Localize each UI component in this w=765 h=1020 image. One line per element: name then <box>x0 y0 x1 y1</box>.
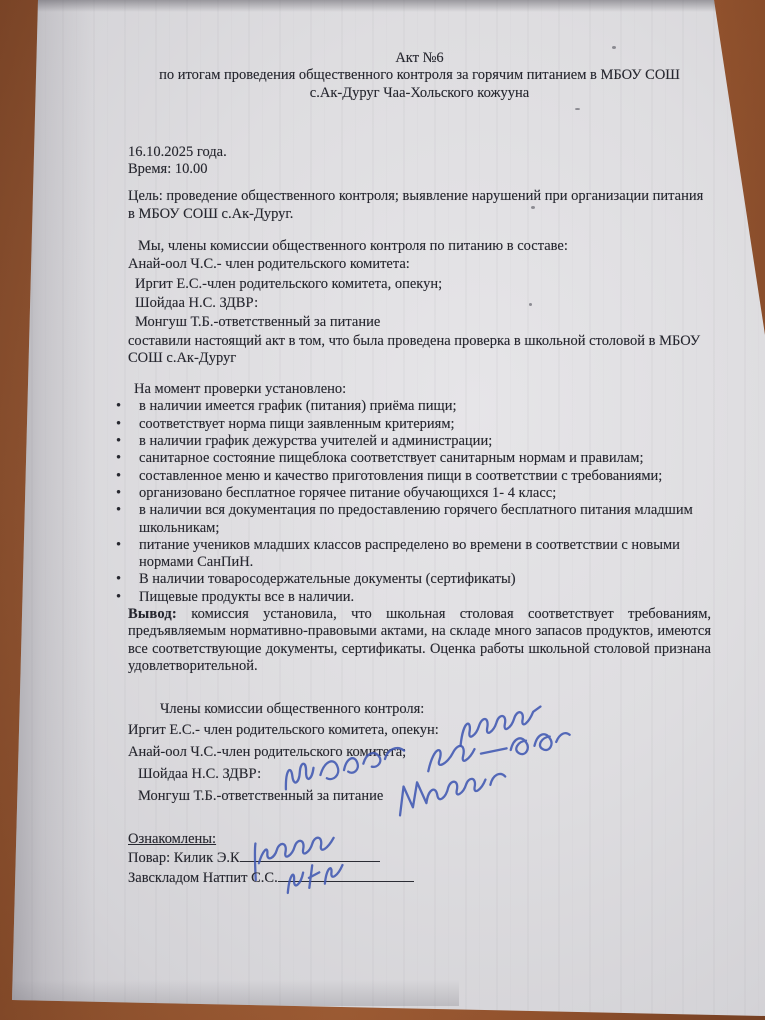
bullet-dot: • <box>114 416 139 433</box>
acknowledged-heading: Ознакомлены: <box>128 831 711 848</box>
signature-line <box>278 881 414 882</box>
finding-item: • В наличии товаросодержательные докумен… <box>114 571 711 588</box>
purpose-paragraph: Цель: проведение общественного контроля;… <box>128 188 711 223</box>
signature-row: Иргит Е.С.- член родительского комитета,… <box>128 719 711 741</box>
findings-heading: На момент проверки установлено: <box>128 381 711 398</box>
finding-text: санитарное состояние пищеблока соответст… <box>139 450 711 467</box>
signatory-label: Шойдаа Н.С. ЗДВР: <box>138 766 261 782</box>
signatory-label: Иргит Е.С.- член родительского комитета,… <box>128 722 439 738</box>
signatory-label: Монгуш Т.Б.-ответственный за питание <box>138 788 383 804</box>
acknowledged-row: Повар: Килик Э.К <box>128 848 711 869</box>
member-line: Шойдаа Н.С. ЗДВР: <box>128 294 711 313</box>
signature-line <box>240 861 380 862</box>
bullet-dot: • <box>114 589 139 606</box>
date-line: 16.10.2025 года. <box>128 144 711 161</box>
bullet-dot: • <box>114 398 139 415</box>
finding-item: • организовано бесплатное горячее питани… <box>114 485 711 502</box>
finding-text: составленное меню и качество приготовлен… <box>139 468 711 485</box>
finding-item: • в наличии вся документация по предоста… <box>114 502 711 537</box>
conclusion-text: комиссия установила, что школьная столов… <box>128 606 711 674</box>
member-line: Монгуш Т.Б.-ответственный за питание <box>128 313 711 332</box>
finding-item: • Пищевые продукты все в наличии. <box>114 589 711 606</box>
bullet-dot: • <box>114 450 139 467</box>
acknowledged-label: Завскладом Натпит С.С. <box>128 870 278 886</box>
datetime-block: 16.10.2025 года. Время: 10.00 <box>128 144 711 179</box>
finding-item: • составленное меню и качество приготовл… <box>114 468 711 485</box>
bullet-dot: • <box>114 485 139 502</box>
commission-intro: Мы, члены комиссии общественного контрол… <box>128 238 711 255</box>
signature-row: Анай-оол Ч.С.-член родительского комитет… <box>128 741 711 763</box>
acknowledged-label: Повар: Килик Э.К <box>128 850 240 866</box>
bullet-dot: • <box>114 502 139 537</box>
finding-text: В наличии товаросодержательные документы… <box>139 571 711 588</box>
finding-item: • питание учеников младших классов распр… <box>114 537 711 572</box>
finding-item: • соответствует норма пищи заявленным кр… <box>114 416 711 433</box>
finding-text: Пищевые продукты все в наличии. <box>139 589 711 606</box>
title-location: с.Ак-Дуруг Чаа-Хольского кожууна <box>128 85 711 102</box>
member-line: Анай-оол Ч.С.- член родительского комите… <box>128 255 711 274</box>
bullet-dot: • <box>114 537 139 572</box>
conclusion-paragraph: Вывод: комиссия установила, что школьная… <box>128 606 711 675</box>
finding-text: организовано бесплатное горячее питание … <box>139 485 711 502</box>
document-title: Акт №6 по итогам проведения общественног… <box>128 50 711 102</box>
signatory-label: Анай-оол Ч.С.-член родительского комитет… <box>128 744 406 760</box>
title-subject: по итогам проведения общественного контр… <box>128 67 711 84</box>
time-line: Время: 10.00 <box>128 161 711 178</box>
finding-text: соответствует норма пищи заявленным крит… <box>139 416 711 433</box>
finding-text: в наличии имеется график (питания) приём… <box>139 398 711 415</box>
signature-row: Монгуш Т.Б.-ответственный за питание <box>128 785 711 807</box>
member-line: Иргит Е.С.-член родительского комитета, … <box>128 275 711 294</box>
title-act-number: Акт №6 <box>128 50 711 67</box>
paper-sheet: Акт №6 по итогам проведения общественног… <box>0 0 765 1020</box>
conclusion-label: Вывод: <box>128 606 177 622</box>
document-body: Акт №6 по итогам проведения общественног… <box>0 0 765 889</box>
finding-item: • в наличии имеется график (питания) при… <box>114 398 711 415</box>
finding-text: в наличии вся документация по предоставл… <box>139 502 711 537</box>
finding-item: • санитарное состояние пищеблока соответ… <box>114 450 711 467</box>
signatures-heading: Члены комиссии общественного контроля: <box>128 701 711 718</box>
bullet-dot: • <box>114 468 139 485</box>
finding-text: питание учеников младших классов распред… <box>139 537 711 572</box>
signature-row: Шойдаа Н.С. ЗДВР: <box>128 763 711 785</box>
document-photo: Акт №6 по итогам проведения общественног… <box>0 0 765 1020</box>
finding-text: в наличии график дежурства учителей и ад… <box>139 433 711 450</box>
bullet-dot: • <box>114 433 139 450</box>
finding-item: • в наличии график дежурства учителей и … <box>114 433 711 450</box>
acknowledged-row: Завскладом Натпит С.С. <box>128 868 711 889</box>
findings-list: • в наличии имеется график (питания) при… <box>114 398 711 606</box>
bullet-dot: • <box>114 571 139 588</box>
commission-members: Анай-оол Ч.С.- член родительского комите… <box>128 255 711 332</box>
act-statement: составили настоящий акт в том, что была … <box>128 333 711 368</box>
